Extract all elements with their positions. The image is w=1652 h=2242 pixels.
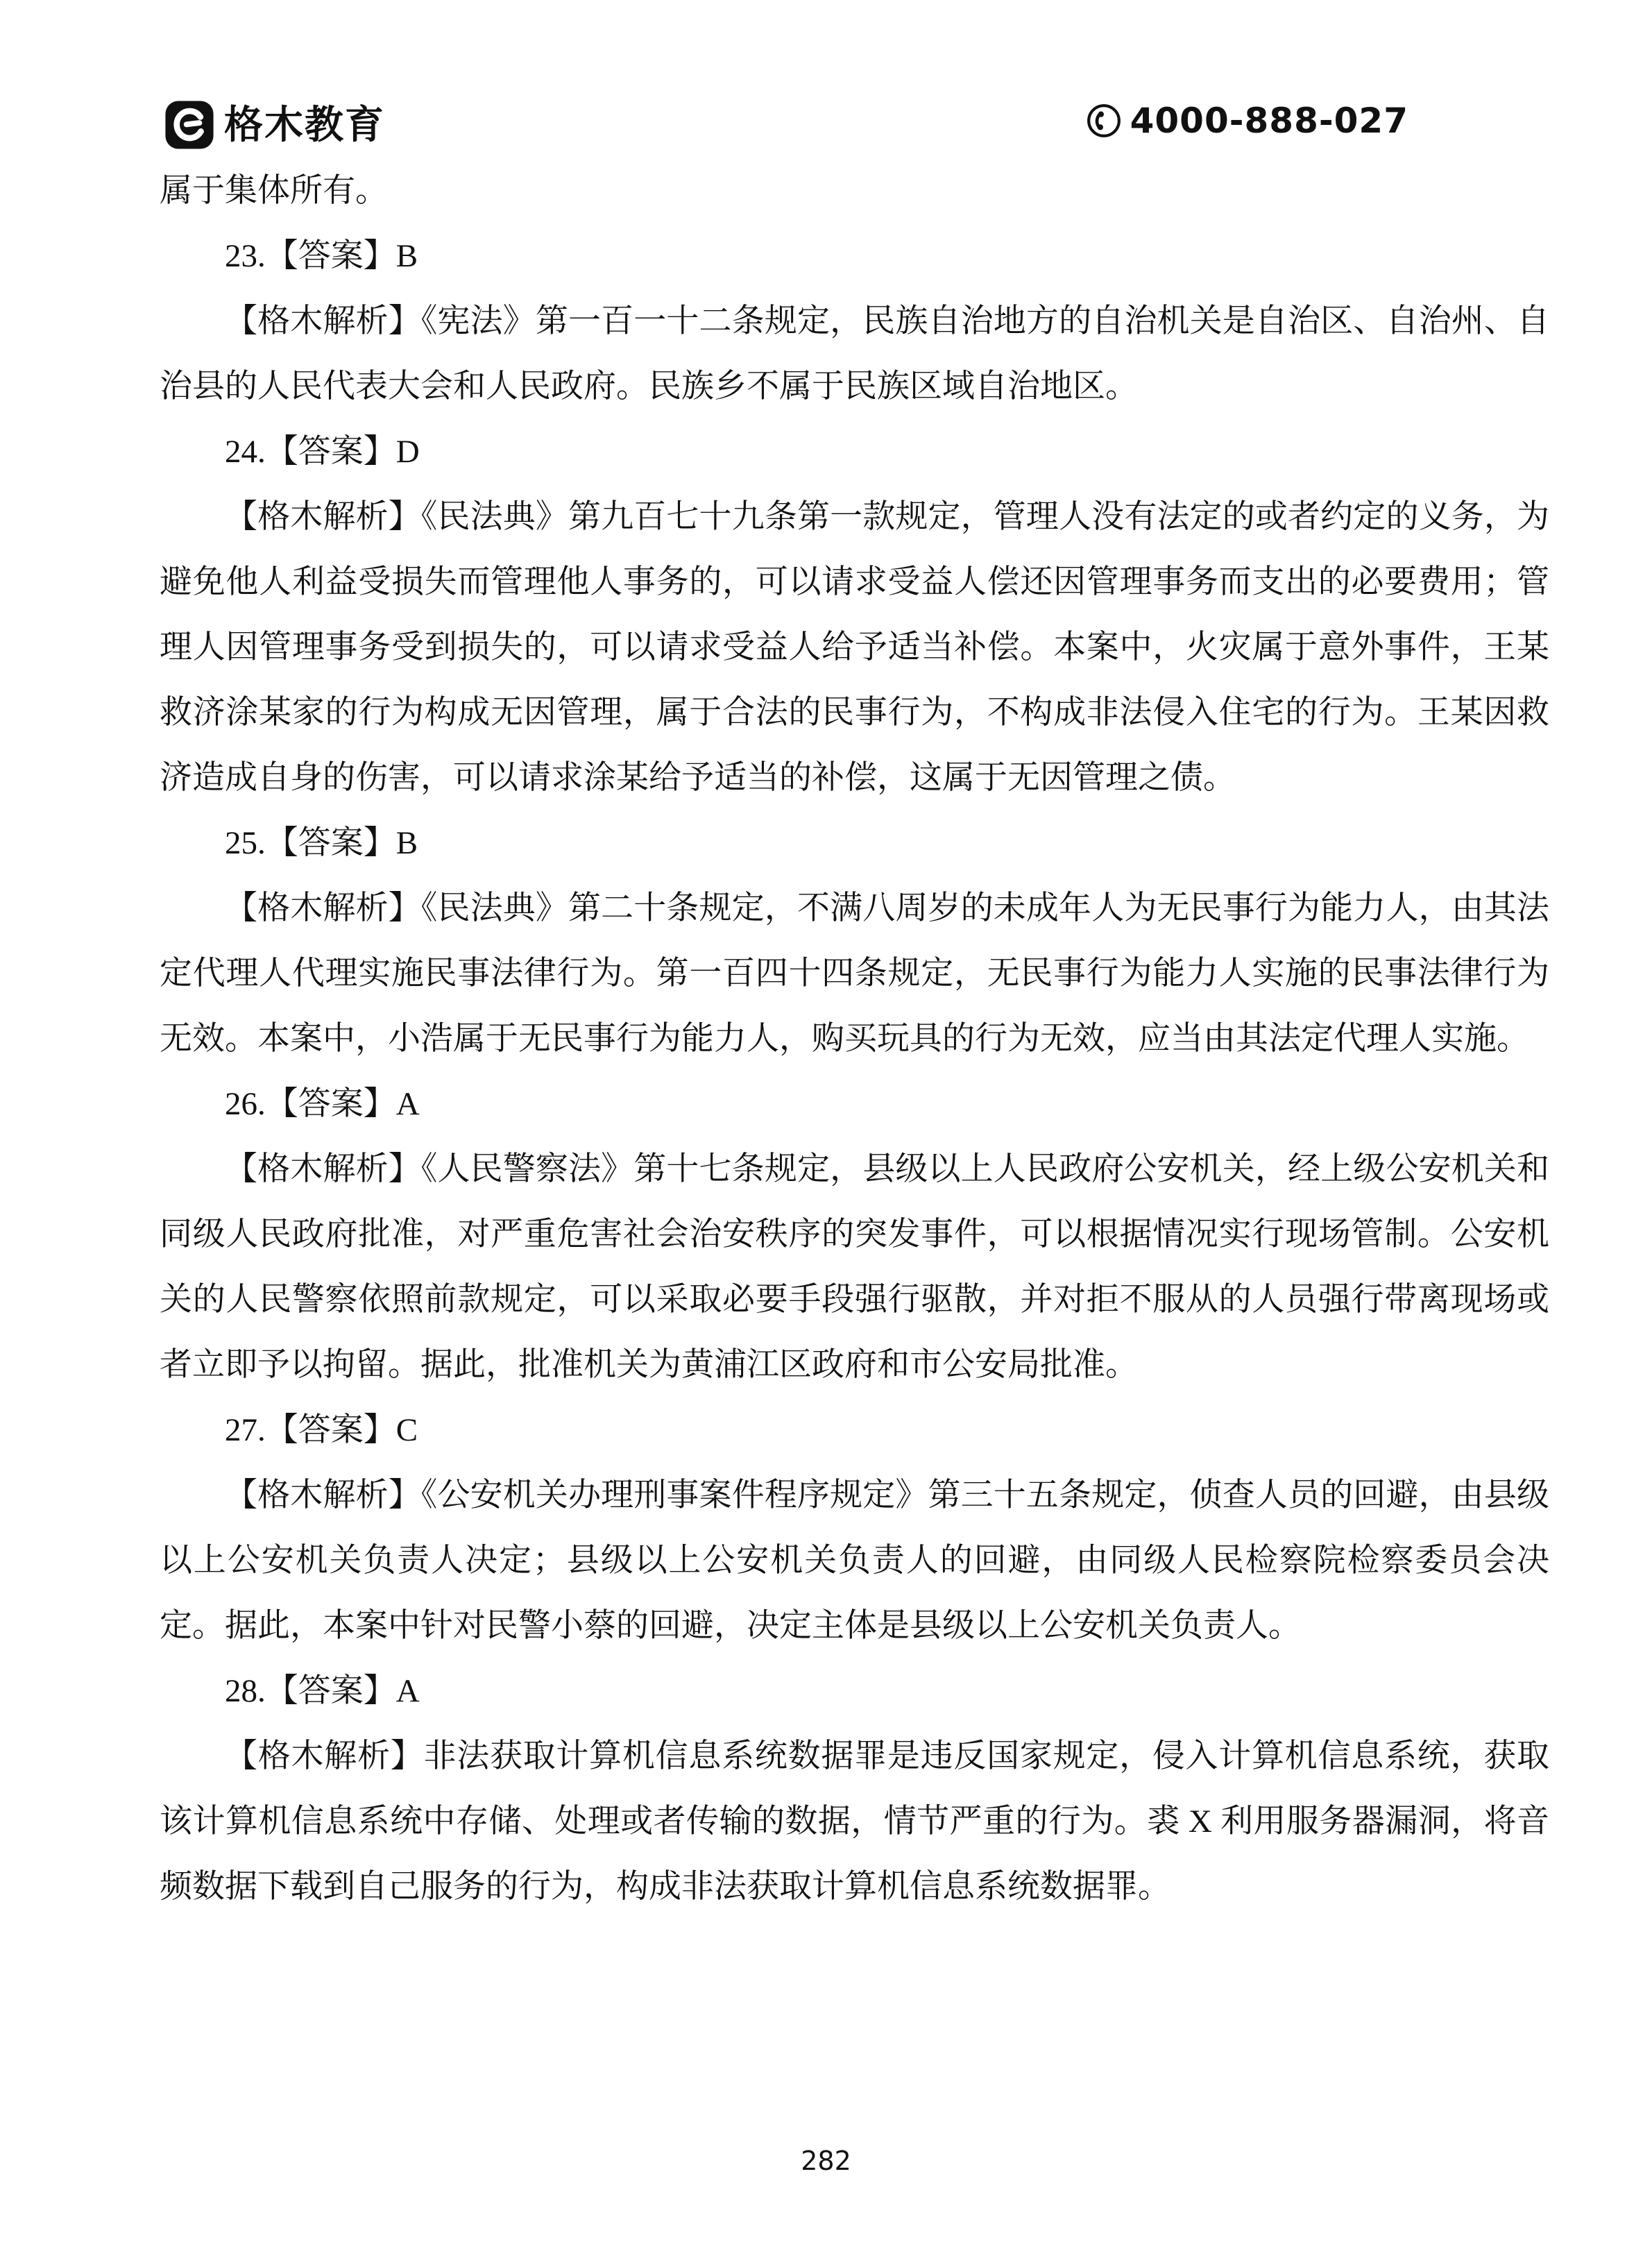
paragraph: 【格木解析】《宪法》第一百一十二条规定，民族自治地方的自治机关是自治区、自治州、… <box>160 289 1549 419</box>
paragraph: 【格木解析】《民法典》第九百七十九条第一款规定，管理人没有法定的或者约定的义务，… <box>160 484 1549 810</box>
paragraph: 28.【答案】A <box>160 1658 1549 1724</box>
paragraph: 23.【答案】B <box>160 223 1549 289</box>
brand-name: 格木教育 <box>224 105 385 144</box>
paragraph: 26.【答案】A <box>160 1071 1549 1137</box>
document-page: 格木教育 4000-888-027 属于集体所有。23.【答案】B【格木解析】《… <box>0 0 1652 2242</box>
paragraph: 27.【答案】C <box>160 1398 1549 1463</box>
paragraph: 25.【答案】B <box>160 810 1549 876</box>
paragraph: 【格木解析】《民法典》第二十条规定，不满八周岁的未成年人为无民事行为能力人，由其… <box>160 876 1549 1071</box>
phone-icon <box>1086 103 1122 139</box>
phone-number: 4000-888-027 <box>1130 103 1408 138</box>
brand-logo: 格木教育 <box>164 100 385 150</box>
gemu-logo-icon <box>164 100 214 150</box>
paragraph: 24.【答案】D <box>160 419 1549 484</box>
page-number: 282 <box>801 2146 851 2176</box>
paragraph: 【格木解析】《公安机关办理刑事案件程序规定》第三十五条规定，侦查人员的回避，由县… <box>160 1463 1549 1658</box>
paragraph: 【格木解析】非法获取计算机信息系统数据罪是违反国家规定，侵入计算机信息系统，获取… <box>160 1724 1549 1919</box>
paragraph: 属于集体所有。 <box>160 158 1549 223</box>
page-footer: 282 <box>0 2146 1652 2176</box>
phone-contact: 4000-888-027 <box>1086 103 1408 139</box>
document-body: 属于集体所有。23.【答案】B【格木解析】《宪法》第一百一十二条规定，民族自治地… <box>160 158 1549 1919</box>
paragraph: 【格木解析】《人民警察法》第十七条规定，县级以上人民政府公安机关，经上级公安机关… <box>160 1137 1549 1398</box>
